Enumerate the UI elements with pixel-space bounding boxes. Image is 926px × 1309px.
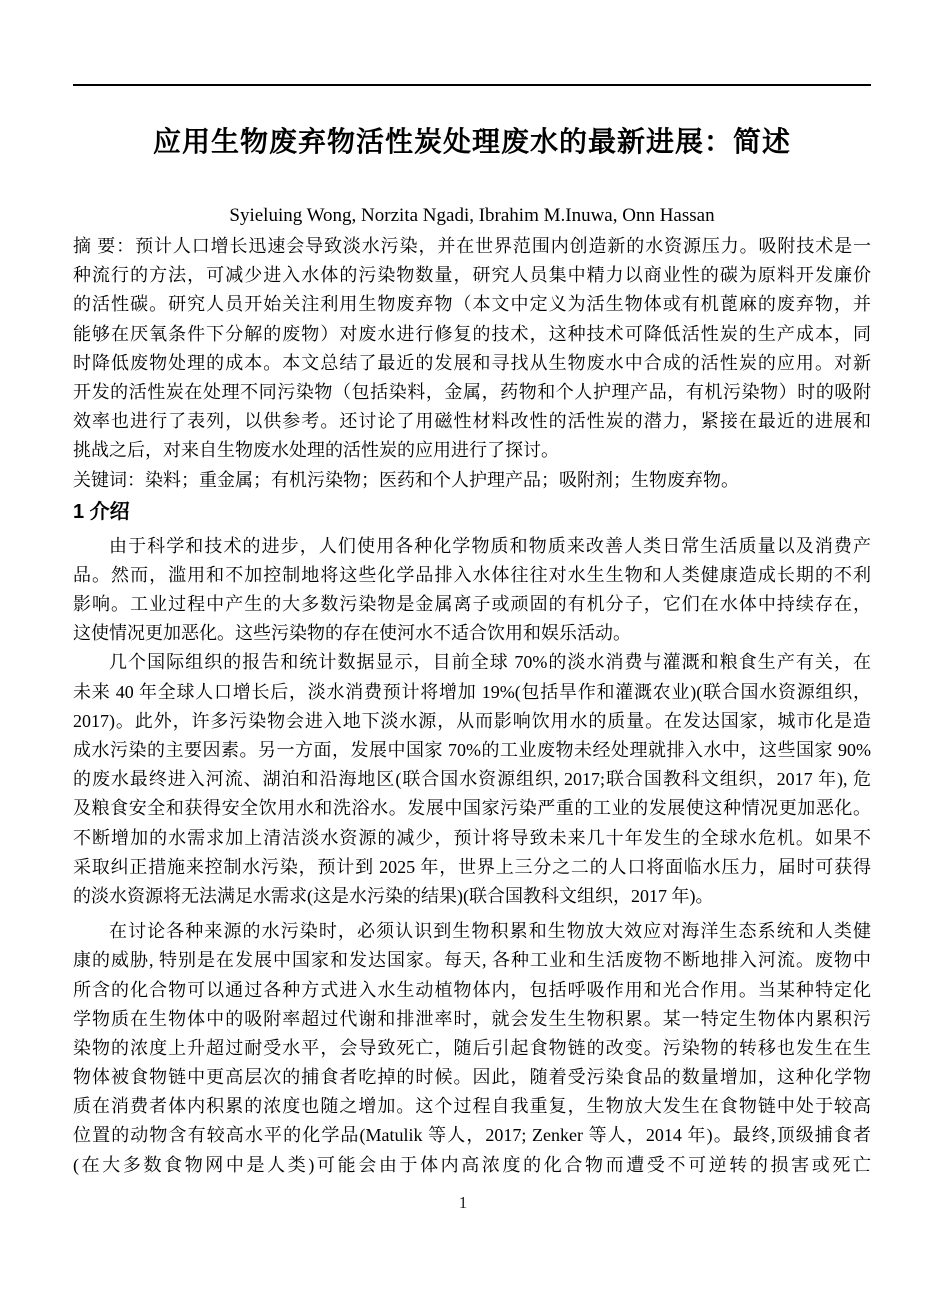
intro-paragraph-1: 由于科学和技术的进步，人们使用各种化学物质和物质来改善人类日常生活质量以及消费产… xyxy=(73,532,871,649)
text-line: 采取纠正措施来控制水污染，预计到 2025 年，世界上三分之二的人口将面临水压力… xyxy=(73,853,871,882)
abstract-line: 开发的活性炭在处理不同污染物（包括染料，金属，药物和个人护理产品，有机污染物）时… xyxy=(73,378,871,407)
header-rule xyxy=(73,84,871,86)
text-line: 康的威胁, 特别是在发展中国家和发达国家。每天, 各种工业和生活废物不断地排入河… xyxy=(73,946,871,975)
text-line: 在讨论各种来源的水污染时，必须认识到生物积累和生物放大效应对海洋生态系统和人类健 xyxy=(73,917,871,946)
text-line: 不断增加的水需求加上清洁淡水资源的减少，预计将导致未来几十年发生的全球水危机。如… xyxy=(73,824,871,853)
text-line: 的淡水资源将无法满足水需求(这是水污染的结果)(联合国教科文组织，2017 年)… xyxy=(73,882,871,911)
abstract-line: 摘 要：预计人口增长迅速会导致淡水污染，并在世界范围内创造新的水资源压力。吸附技… xyxy=(73,232,871,261)
text-line: 染物的浓度上升超过耐受水平，会导致死亡，随后引起食物链的改变。污染物的转移也发生… xyxy=(73,1034,871,1063)
abstract-line: 挑战之后，对来自生物废水处理的活性炭的应用进行了探讨。 xyxy=(73,436,871,465)
abstract-block: 摘 要：预计人口增长迅速会导致淡水污染，并在世界范围内创造新的水资源压力。吸附技… xyxy=(73,232,871,495)
intro-paragraph-3: 在讨论各种来源的水污染时，必须认识到生物积累和生物放大效应对海洋生态系统和人类健… xyxy=(73,917,871,1180)
text-line: 及粮食安全和获得安全饮用水和洗浴水。发展中国家污染严重的工业的发展使这种情况更加… xyxy=(73,794,871,823)
abstract-line: 效率也进行了表列，以供参考。还讨论了用磁性材料改性的活性炭的潜力，紧接在最近的进… xyxy=(73,407,871,436)
text-line: 几个国际组织的报告和统计数据显示，目前全球 70%的淡水消费与灌溉和粮食生产有关… xyxy=(73,648,871,677)
text-line: 物体被食物链中更高层次的捕食者吃掉的时候。因此，随着受污染食品的数量增加，这种化… xyxy=(73,1063,871,1092)
intro-paragraph-2: 几个国际组织的报告和统计数据显示，目前全球 70%的淡水消费与灌溉和粮食生产有关… xyxy=(73,648,871,911)
text-line: 质在消费者体内积累的浓度也随之增加。这个过程自我重复，生物放大发生在食物链中处于… xyxy=(73,1092,871,1121)
text-line: 未来 40 年全球人口增长后，淡水消费预计将增加 19%(包括旱作和灌溉农业)(… xyxy=(73,678,871,707)
text-line: 品。然而，滥用和不加控制地将这些化学品排入水体往往对水生生物和人类健康造成长期的… xyxy=(73,561,871,590)
abstract-line: 种流行的方法，可减少进入水体的污染物数量，研究人员集中精力以商业性的碳为原料开发… xyxy=(73,261,871,290)
text-line: (在大多数食物网中是人类)可能会由于体内高浓度的化合物而遭受不可逆转的损害或死亡 xyxy=(73,1151,871,1180)
text-line: 2017)。此外，许多污染物会进入地下淡水源，从而影响饮用水的质量。在发达国家，… xyxy=(73,707,871,736)
text-line: 成水污染的主要因素。另一方面，发展中国家 70%的工业废物未经处理就排入水中，这… xyxy=(73,736,871,765)
abstract-line: 能够在厌氧条件下分解的废物）对废水进行修复的技术，这种技术可降低活性炭的生产成本… xyxy=(73,320,871,349)
authors-line: Syieluing Wong, Norzita Ngadi, Ibrahim M… xyxy=(73,204,871,228)
keywords-line: 关键词：染料；重金属；有机污染物；医药和个人护理产品；吸附剂；生物废弃物。 xyxy=(73,466,871,495)
page-number: 1 xyxy=(0,1193,926,1213)
abstract-line: 时降低废物处理的成本。本文总结了最近的发展和寻找从生物废水中合成的活性炭的应用。… xyxy=(73,349,871,378)
text-line: 由于科学和技术的进步，人们使用各种化学物质和物质来改善人类日常生活质量以及消费产 xyxy=(73,532,871,561)
text-line: 所含的化合物可以通过各种方式进入水生动植物体内，包括呼吸作用和光合作用。当某种特… xyxy=(73,976,871,1005)
text-line: 的废水最终进入河流、湖泊和沿海地区(联合国水资源组织, 2017;联合国教科文组… xyxy=(73,765,871,794)
section-heading-introduction: 1 介绍 xyxy=(73,497,871,528)
abstract-line: 的活性碳。研究人员开始关注利用生物废弃物（本文中定义为活生物体或有机蓖麻的废弃物… xyxy=(73,290,871,319)
text-line: 这使情况更加恶化。这些污染物的存在使河水不适合饮用和娱乐活动。 xyxy=(73,619,871,648)
paper-title: 应用生物废弃物活性炭处理废水的最新进展：简述 xyxy=(73,128,871,158)
document-page: 应用生物废弃物活性炭处理废水的最新进展：简述 Syieluing Wong, N… xyxy=(0,0,926,1309)
text-line: 影响。工业过程中产生的大多数污染物是金属离子或顽固的有机分子，它们在水体中持续存… xyxy=(73,590,871,619)
text-line: 位置的动物含有较高水平的化学品(Matulik 等人，2017; Zenker … xyxy=(73,1121,871,1150)
text-line: 学物质在生物体中的吸附率超过代谢和排泄率时，就会发生生物积累。某一特定生物体内累… xyxy=(73,1005,871,1034)
